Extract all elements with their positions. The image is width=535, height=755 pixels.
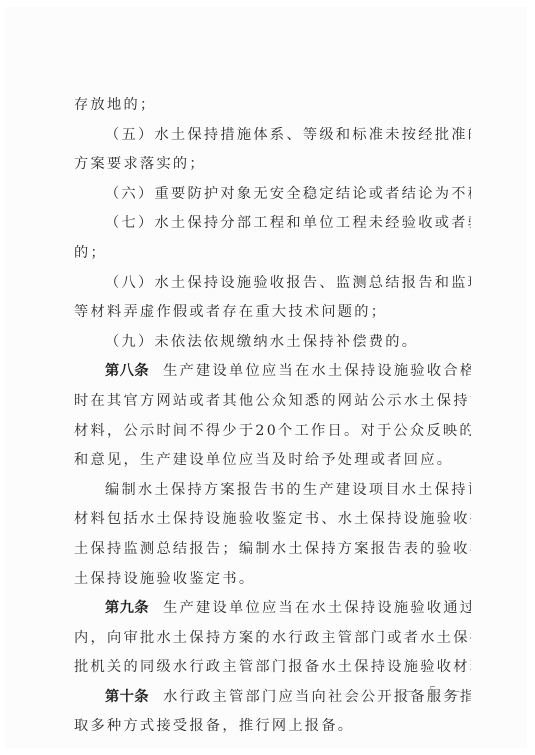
text-line: 编制水土保持方案报告书的生产建设项目水土保持设施验收 (74, 476, 471, 506)
text-line: （九）未依法依规缴纳水土保持补偿费的。 (74, 328, 471, 358)
article-8-line: 第八条生产建设单位应当在水土保持设施验收合格后，及 (74, 357, 471, 387)
page-number: — 5 — (405, 684, 464, 698)
article-number: 第八条 (105, 363, 149, 379)
text-line: 材料包括水土保持设施验收鉴定书、水土保持设施验收报告和水 (74, 505, 471, 535)
text-line: 材料，公示时间不得少于20个工作日。对于公众反映的主要问题 (74, 417, 471, 447)
text-line: 的； (74, 239, 471, 269)
text-line: 土保持监测总结报告；编制水土保持方案报告表的验收材料为水 (74, 535, 471, 565)
text-line: 内，向审批水土保持方案的水行政主管部门或者水土保持方案审 (74, 624, 471, 654)
article-number: 第九条 (105, 600, 149, 616)
text-line: （五）水土保持措施体系、等级和标准未按经批准的水土保持 (74, 121, 471, 151)
document-body: 存放地的； （五）水土保持措施体系、等级和标准未按经批准的水土保持 方案要求落实… (74, 91, 471, 742)
text-line: 土保持设施验收鉴定书。 (74, 565, 471, 595)
text-line: 和意见，生产建设单位应当及时给予处理或者回应。 (74, 446, 471, 476)
text-line: 时在其官方网站或者其他公众知悉的网站公示水土保持设施验收 (74, 387, 471, 417)
text-line: （八）水土保持设施验收报告、监测总结报告和监理总结报告 (74, 269, 471, 299)
text-line: 方案要求落实的； (74, 150, 471, 180)
text-line: 批机关的同级水行政主管部门报备水土保持设施验收材料。 (74, 653, 471, 683)
text-line: 取多种方式接受报备，推行网上报备。 (74, 712, 471, 742)
text-line: （七）水土保持分部工程和单位工程未经验收或者验收不合格 (74, 209, 471, 239)
text-line: 等材料弄虚作假或者存在重大技术问题的； (74, 298, 471, 328)
article-number: 第十条 (105, 689, 149, 705)
article-9-line: 第九条生产建设单位应当在水土保持设施验收通过3个月 (74, 594, 471, 624)
text-line: （六）重要防护对象无安全稳定结论或者结论为不稳定的； (74, 180, 471, 210)
text-line: 存放地的； (74, 91, 471, 121)
